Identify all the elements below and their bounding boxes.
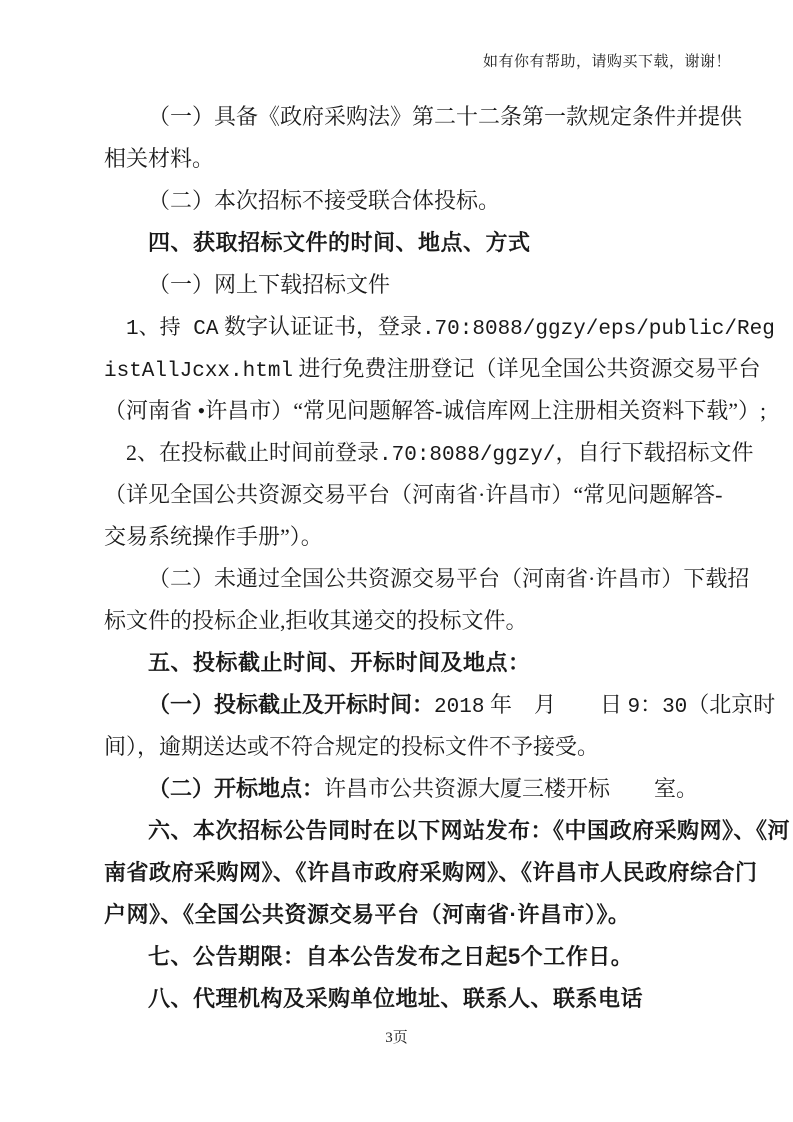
document-line: （河南省 •许昌市）“常见问题解答-诚信库网上注册相关资料下载”）; <box>104 390 744 432</box>
text-run: istAllJcxx.html <box>104 360 293 383</box>
text-run: （一）投标截止及开标时间： <box>148 692 434 717</box>
text-run: （详见全国公共资源交易平台（河南省·许昌市）“常见问题解答- <box>104 482 722 507</box>
text-run: （二）未通过全国公共资源交易平台（河南省·许昌市）下载招 <box>148 566 749 591</box>
text-run: 间），逾期送达或不符合规定的投标文件不予接受。 <box>104 734 599 759</box>
document-line: 交易系统操作手册”）。 <box>104 516 744 558</box>
text-run: .70:8088/ggzy/eps/public/Reg <box>422 318 775 341</box>
text-run: 相关材料。 <box>104 146 214 171</box>
text-run: CA <box>193 318 218 341</box>
document-line: 八、代理机构及采购单位地址、联系人、联系电话 <box>104 978 744 1020</box>
text-run: 四、获取招标文件的时间、地点、方式 <box>148 230 531 255</box>
text-run: 五、投标截止时间、开标时间及地点： <box>148 650 531 675</box>
text-run: 南省政府采购网》、《许昌市政府采购网》、《许昌市人民政府综合门 <box>104 860 758 885</box>
text-run: ，自行下载招标文件 <box>555 440 753 465</box>
text-run: （二）开标地点： <box>148 776 324 801</box>
text-run: 七、公告期限：自本公告发布之日起5个工作日。 <box>148 944 633 969</box>
page-footer: 3页 <box>0 1026 793 1047</box>
text-run: 2018 <box>434 696 484 719</box>
text-run: 30 <box>662 696 687 719</box>
text-run: 八、代理机构及采购单位地址、联系人、联系电话 <box>148 986 643 1011</box>
page-number: 3页 <box>385 1030 408 1046</box>
document-line: 六、本次招标公告同时在以下网站发布：《中国政府采购网》、《河 <box>104 810 744 852</box>
text-run: （二）本次招标不接受联合体投标。 <box>148 188 500 213</box>
text-run: 六、本次招标公告同时在以下网站发布：《中国政府采购网》、《河 <box>148 818 790 843</box>
text-run: 许昌市公共资源大厦三楼开标 室。 <box>324 776 698 801</box>
text-run: ： <box>640 692 662 717</box>
text-run: 9 <box>627 696 640 719</box>
text-run: 年 月 日 <box>484 692 627 717</box>
document-line: （一）投标截止及开标时间：2018 年 月 日 9：30（北京时 <box>104 684 744 726</box>
document-line: 五、投标截止时间、开标时间及地点： <box>104 642 744 684</box>
document-line: （一）具备《政府采购法》第二十二条第一款规定条件并提供 <box>104 96 744 138</box>
document-line: （详见全国公共资源交易平台（河南省·许昌市）“常见问题解答- <box>104 474 744 516</box>
text-run: 标文件的投标企业,拒收其递交的投标文件。 <box>104 608 528 633</box>
document-line: （一）网上下载招标文件 <box>104 264 744 306</box>
document-line: 户网》、《全国公共资源交易平台（河南省·许昌市）》。 <box>104 894 744 936</box>
document-line: （二）未通过全国公共资源交易平台（河南省·许昌市）下载招 <box>104 558 744 600</box>
text-run: （一）具备《政府采购法》第二十二条第一款规定条件并提供 <box>148 104 742 129</box>
text-run: 数字认证证书，登录 <box>218 314 422 339</box>
document-line: （二）开标地点：许昌市公共资源大厦三楼开标 室。 <box>104 768 744 810</box>
text-run: .70:8088/ggzy/ <box>379 444 555 467</box>
document-line: 标文件的投标企业,拒收其递交的投标文件。 <box>104 600 744 642</box>
header-note: 如有你有帮助，请购买下载，谢谢！ <box>483 50 731 71</box>
text-run: （北京时 <box>687 692 775 717</box>
document-line: 1、持 CA 数字认证证书，登录.70:8088/ggzy/eps/public… <box>104 306 744 348</box>
document-line: 间），逾期送达或不符合规定的投标文件不予接受。 <box>104 726 744 768</box>
document-line: istAllJcxx.html 进行免费注册登记（详见全国公共资源交易平台 <box>104 348 744 390</box>
text-run: 户网》、《全国公共资源交易平台（河南省·许昌市）》。 <box>104 902 630 927</box>
text-run: （河南省 •许昌市）“常见问题解答-诚信库网上注册相关资料下载”）; <box>104 398 766 423</box>
document-line: 相关材料。 <box>104 138 744 180</box>
document-line: 七、公告期限：自本公告发布之日起5个工作日。 <box>104 936 744 978</box>
document-line: 2、在投标截止时间前登录.70:8088/ggzy/，自行下载招标文件 <box>104 432 744 474</box>
document-line: 四、获取招标文件的时间、地点、方式 <box>104 222 744 264</box>
document-line: （二）本次招标不接受联合体投标。 <box>104 180 744 222</box>
text-run: 2、在投标截止时间前登录 <box>126 440 379 465</box>
text-run: 交易系统操作手册”）。 <box>104 524 323 549</box>
text-run: 1、持 <box>126 318 193 341</box>
text-run: 进行免费注册登记（详见全国公共资源交易平台 <box>293 356 761 381</box>
document-line: 南省政府采购网》、《许昌市政府采购网》、《许昌市人民政府综合门 <box>104 852 744 894</box>
document-page: 如有你有帮助，请购买下载，谢谢！ （一）具备《政府采购法》第二十二条第一款规定条… <box>0 0 793 1122</box>
text-run: （一）网上下载招标文件 <box>148 272 390 297</box>
document-lines: （一）具备《政府采购法》第二十二条第一款规定条件并提供相关材料。（二）本次招标不… <box>104 96 744 1020</box>
